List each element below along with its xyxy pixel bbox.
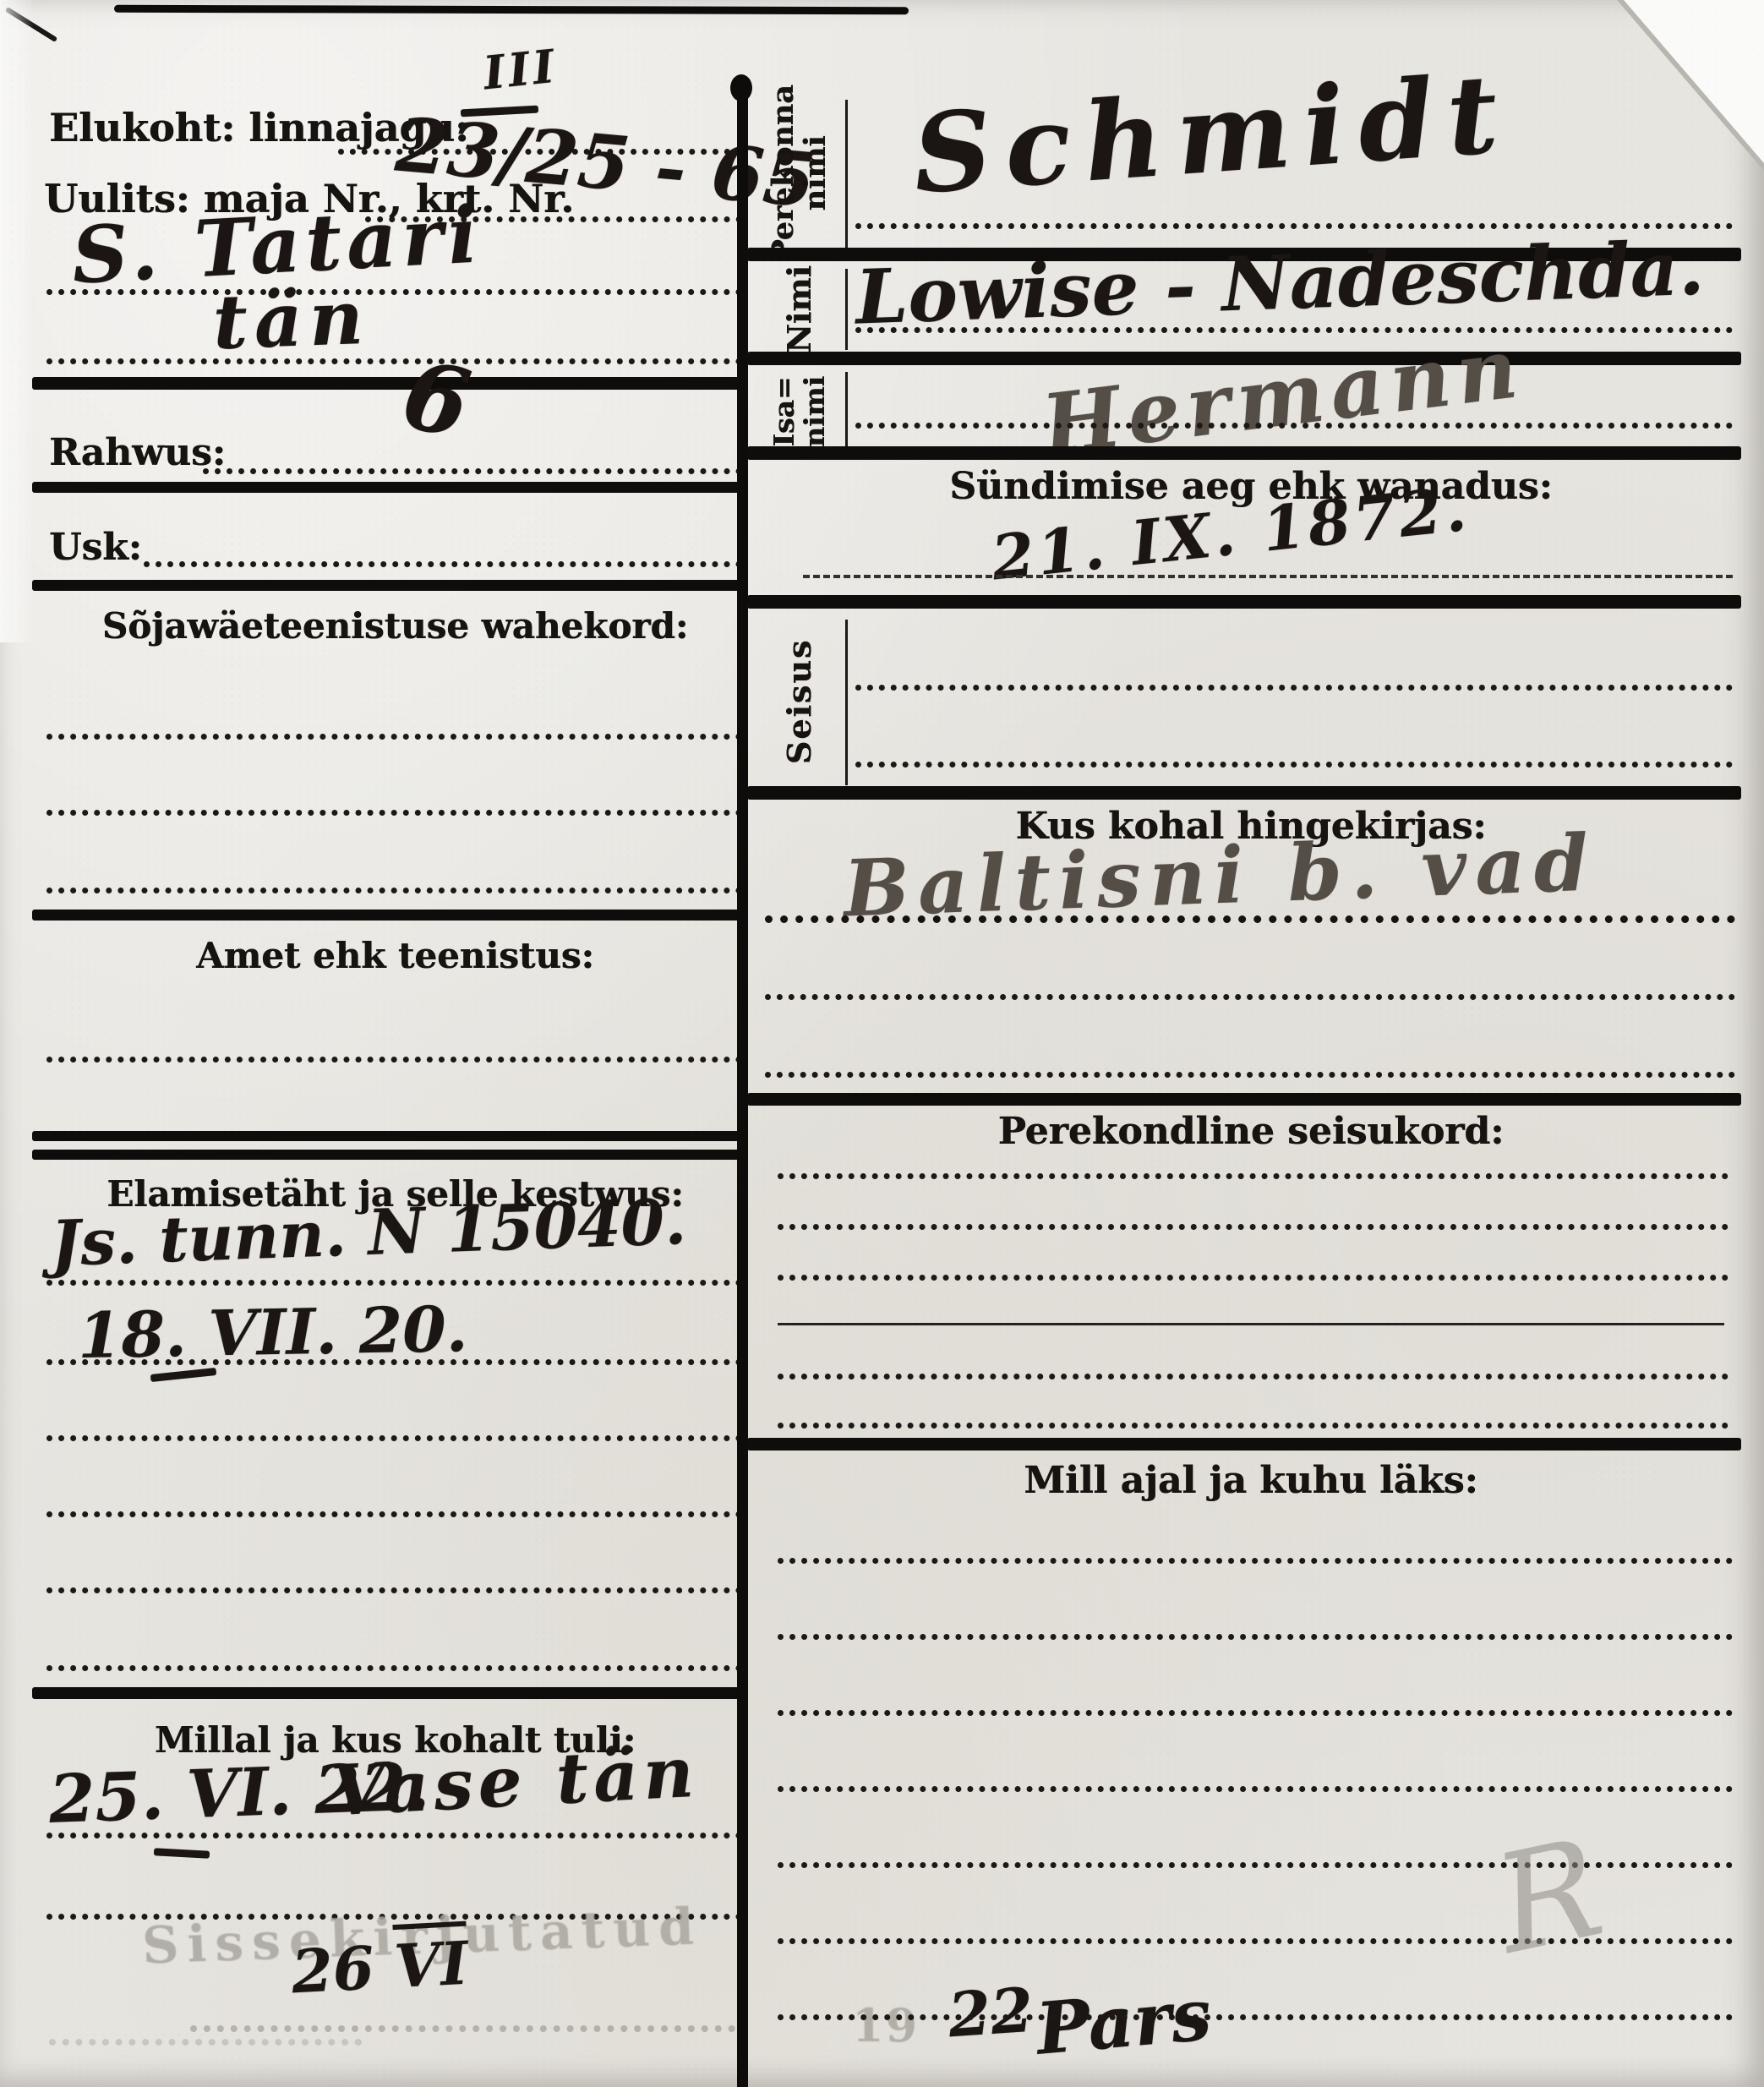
section-divider [747, 1438, 1741, 1451]
registration-card: Elukoht: linnajagu: III Uulits: maja Nr.… [0, 0, 1764, 2087]
ruled-line [778, 1374, 1729, 1379]
ruled-line [778, 1173, 1729, 1179]
thin-ruled-line [778, 1323, 1724, 1325]
label-separator [845, 269, 848, 350]
ruled-line [46, 1833, 742, 1838]
ruled-line [778, 1710, 1733, 1716]
section-divider [32, 1687, 746, 1699]
ruled-line [765, 1072, 1735, 1078]
ruled-line [144, 561, 742, 567]
surname-label-line1: Perekonna [767, 85, 800, 262]
section-divider [32, 580, 746, 591]
street-name-value2: tän [211, 273, 371, 366]
ruled-line [855, 327, 1733, 333]
ruled-line [46, 888, 742, 893]
registration-year-stamp: 19 [852, 1998, 919, 2052]
label-separator [845, 620, 848, 785]
ruled-line [203, 468, 742, 474]
ruled-line [46, 358, 742, 364]
ruled-line [855, 685, 1733, 691]
section-divider [32, 482, 746, 493]
section-divider [747, 446, 1741, 460]
military-service-label: Sõjawäeteenistuse wahekord: [46, 605, 744, 647]
first-name-label-text: Nimi [782, 265, 817, 353]
ruled-line [46, 734, 742, 740]
stamp-ruled-line [49, 2039, 362, 2046]
residence-value: III [481, 39, 560, 101]
label-separator [845, 100, 848, 249]
section-divider [32, 1150, 746, 1160]
patronymic-label-line1: Isa= [769, 376, 800, 447]
card-top-edge [114, 5, 909, 14]
ruled-line [778, 1558, 1733, 1564]
section-divider [747, 786, 1741, 800]
occupation-label: Amet ehk teenistus: [46, 935, 744, 976]
ruled-line [765, 994, 1735, 1000]
section-divider [32, 1131, 746, 1141]
status-label: Seisus [762, 617, 838, 786]
family-status-label: Perekondline seisukord: [765, 1110, 1737, 1153]
section-divider [747, 1093, 1741, 1106]
ruled-line [765, 915, 1735, 923]
ruled-line [46, 1511, 742, 1517]
column-divider-blob [730, 74, 752, 101]
ruled-line [46, 1665, 742, 1671]
label-separator [845, 372, 848, 456]
ruled-line [46, 289, 742, 295]
ruled-line [46, 1280, 742, 1286]
section-divider [32, 377, 746, 390]
ruled-line [778, 1224, 1729, 1230]
registration-signature: Pars [1033, 1972, 1215, 2071]
status-label-text: Seisus [782, 639, 817, 764]
ruled-line [778, 1634, 1733, 1640]
ruled-line [46, 1435, 742, 1441]
registration-year-written: 22 [946, 1974, 1035, 2051]
surname-label: Perekonna nimi [762, 89, 838, 258]
roman-numeral-underline [154, 1848, 210, 1858]
ruled-line [803, 575, 1733, 578]
ruled-line [778, 2014, 1733, 2020]
surname-value: Schmidt [909, 50, 1516, 218]
stamp-ruled-line [190, 2025, 735, 2032]
ruled-line [855, 423, 1733, 429]
torn-left-edge [0, 0, 34, 642]
nationality-label: Rahwus: [49, 431, 226, 474]
ruled-line [778, 1275, 1729, 1281]
first-name-value: Lowise - Nadeschda. [854, 224, 1705, 341]
ruled-line [46, 1359, 742, 1365]
section-divider [32, 910, 746, 921]
departure-label: Mill ajal ja kuhu läks: [765, 1459, 1737, 1502]
registration-date: 26 VI [290, 1928, 470, 2008]
patronymic-label-line2: nimi [800, 376, 830, 447]
registration-month: VI [392, 1921, 470, 2002]
first-name-label: Nimi [762, 263, 838, 356]
ruled-line [46, 810, 742, 816]
corner-fold [1624, 0, 1764, 163]
surname-label-line2: nimi [800, 85, 833, 262]
ruled-line [778, 1423, 1729, 1429]
ruled-line [46, 1587, 742, 1593]
religion-label: Usk: [49, 526, 142, 569]
ruled-line [46, 1057, 742, 1063]
section-divider [747, 595, 1741, 609]
pencil-mark: R [1483, 1809, 1615, 1985]
column-divider [737, 85, 748, 2087]
registration-day: 26 [290, 1932, 376, 2007]
ruled-line [855, 762, 1733, 768]
ruled-line [778, 1786, 1733, 1792]
